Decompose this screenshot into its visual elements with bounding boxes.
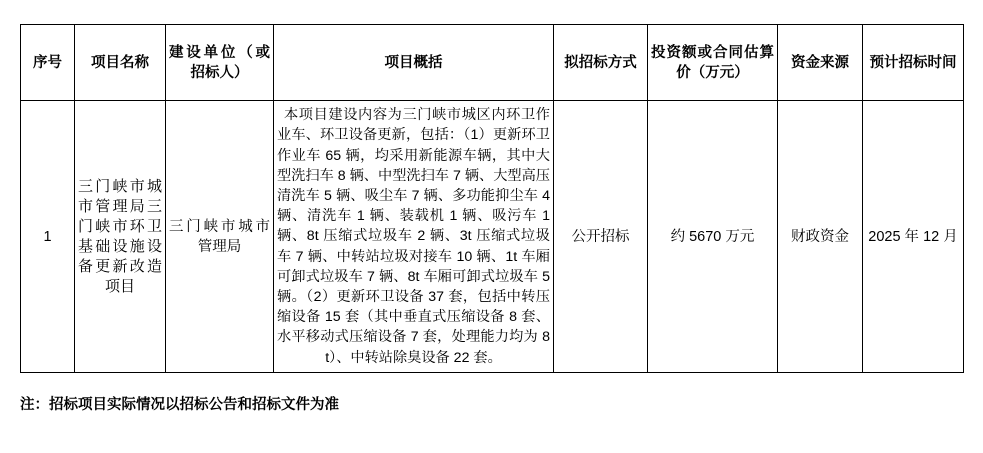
cell-overview: 本项目建设内容为三门峡市城区内环卫作业车、环卫设备更新，包括：（1）更新环卫作业… [274,101,554,373]
header-project-name: 项目名称 [75,25,166,101]
header-overview: 项目概括 [274,25,554,101]
cell-project-name: 三门峡市城市管理局三门峡市环卫基础设施设备更新改造项目 [75,101,166,373]
header-owner: 建设单位（或招标人） [166,25,274,101]
cell-estimate: 约 5670 万元 [648,101,778,373]
header-estimate: 投资额或合同估算价（万元） [648,25,778,101]
cell-owner: 三门峡市城市管理局 [166,101,274,373]
table-header-row: 序号 项目名称 建设单位（或招标人） 项目概括 拟招标方式 投资额或合同估算价（… [21,25,964,101]
header-seq: 序号 [21,25,75,101]
header-method: 拟招标方式 [554,25,648,101]
header-schedule: 预计招标时间 [863,25,964,101]
table-row: 1 三门峡市城市管理局三门峡市环卫基础设施设备更新改造项目 三门峡市城市管理局 … [21,101,964,373]
cell-method: 公开招标 [554,101,648,373]
document-page: 序号 项目名称 建设单位（或招标人） 项目概括 拟招标方式 投资额或合同估算价（… [0,0,983,453]
cell-schedule: 2025 年 12 月 [863,101,964,373]
header-funding: 资金来源 [778,25,863,101]
tender-plan-table: 序号 项目名称 建设单位（或招标人） 项目概括 拟招标方式 投资额或合同估算价（… [20,24,964,373]
cell-seq: 1 [21,101,75,373]
cell-funding: 财政资金 [778,101,863,373]
footnote-text: 注：招标项目实际情况以招标公告和招标文件为准 [20,396,339,414]
